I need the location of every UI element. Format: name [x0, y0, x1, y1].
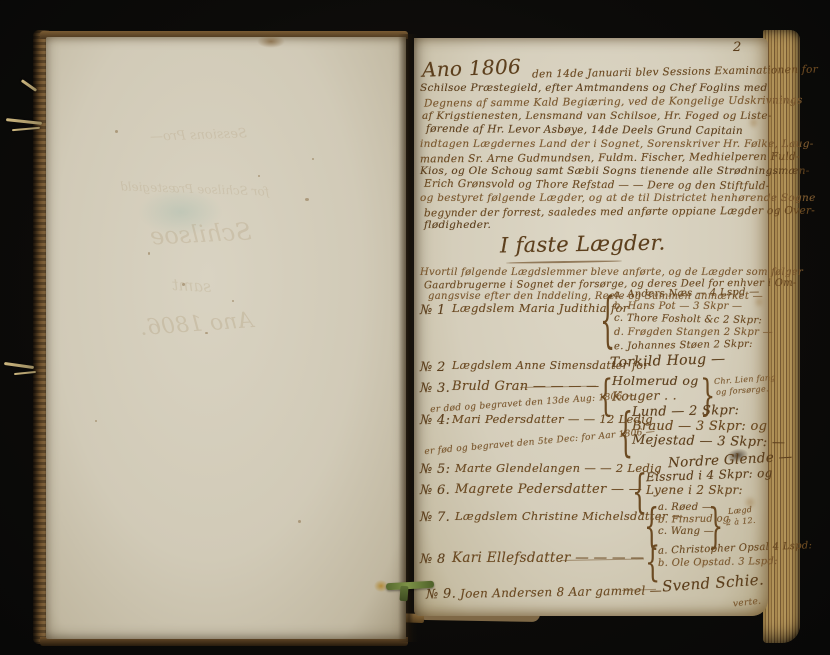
entry-number: № 7.	[420, 510, 450, 525]
ghost-text: Schilsoe	[149, 217, 252, 250]
entry-number: № 2	[420, 360, 446, 375]
entry-text: Marte Glendelangen — — 2 Ledig	[455, 461, 662, 475]
paper-speck	[298, 520, 301, 523]
gutter-shadow	[398, 34, 418, 642]
paper-speck	[95, 420, 97, 422]
entry-number: № 9.	[426, 586, 457, 602]
alloc-item: Lyene i 2 Skpr:	[646, 483, 743, 497]
stain	[257, 35, 285, 48]
alloc-item: d. Frøgden Stangen 2 Skpr —	[614, 327, 773, 338]
paragraph-opening: Ano 1806	[422, 54, 522, 81]
paper-speck	[148, 252, 150, 255]
alloc-item: a. Røed —	[658, 502, 712, 513]
paper-speck	[115, 130, 118, 133]
alloc-item: b. Ole Opstad. 3 Lspd:	[658, 556, 778, 569]
para-line: indtagen Lægdernes Land der i Sognet, So…	[420, 138, 814, 150]
binding-thread	[4, 362, 34, 369]
entry-number: № 8	[420, 552, 446, 567]
paper-speck	[232, 300, 234, 302]
entry-number: № 3.	[420, 381, 450, 396]
preamble-line: Hvortil følgende Lægdslemmer bleve anfør…	[420, 267, 803, 278]
paper-speck	[305, 198, 309, 201]
paper-speck	[182, 283, 185, 286]
para-line: Schilsoe Præstegield, efter Amtmandens o…	[420, 82, 768, 94]
ghost-text: samt	[172, 275, 212, 296]
page-number: 2	[733, 40, 742, 55]
entry-number: № 5:	[420, 462, 450, 477]
section-heading: I faste Lægder.	[500, 231, 666, 258]
entry-text: Magrete Pedersdatter — —	[455, 482, 642, 497]
para-line: flødigheder.	[424, 219, 491, 231]
photograph-background: Sessions Pro— for Schilsoe Præstegield S…	[0, 0, 830, 655]
alloc-item: c. Wang —	[658, 526, 714, 537]
entry-text: Kari Ellefsdatter — — — —	[452, 550, 644, 566]
entry-number: № 4:	[420, 413, 450, 428]
para-line: af Krigstienesten, Lensmand van Schilsoe…	[422, 110, 772, 122]
entry-number: № 6.	[420, 483, 450, 498]
paper-speck	[312, 158, 314, 160]
paper-speck	[258, 175, 260, 177]
alloc-item: Holmerud og	[612, 373, 699, 388]
entry-number: № 1	[420, 303, 446, 318]
alloc-item: Lund — 2 Skpr:	[632, 403, 740, 420]
para-line: Erich Grønsvold og Thore Refstad — — Der…	[424, 178, 770, 192]
para-line: førende af Hr. Levor Asbøye, 14de Deels …	[426, 123, 743, 137]
alloc-item: b. Hans Pot — 3 Skpr —	[614, 301, 742, 312]
ribbon-bookmark-tail	[399, 586, 408, 602]
para-line: og bestyret følgende Lægder, og at de ti…	[420, 192, 816, 204]
paper-speck	[205, 332, 208, 334]
para-line: Kios, og Ole Schoug samt Sæbii Sogns tie…	[420, 165, 810, 177]
